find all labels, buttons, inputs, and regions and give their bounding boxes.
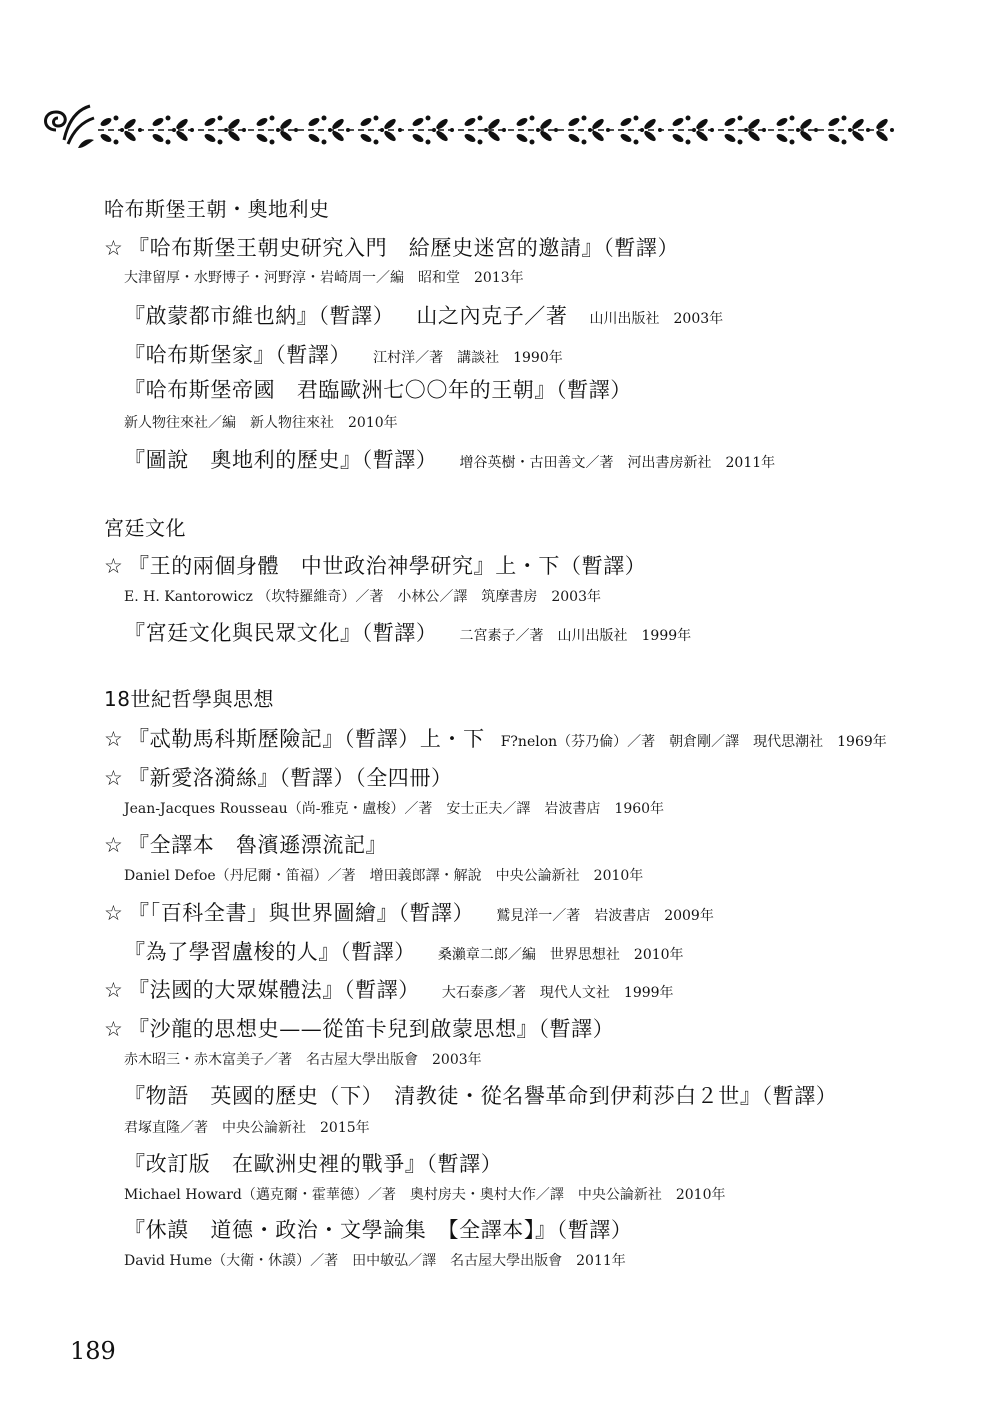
star-icon: ☆ [104,833,128,857]
star-icon: ☆ [104,766,128,790]
page-number: 189 [70,1337,116,1365]
entry-meta: 增谷英樹・古田善文／著 河出書房新社 2011年 [460,455,776,471]
entry-title: ☆『沙龍的思想史——從笛卡兒到啟蒙思想』（暫譯） [104,1013,614,1043]
entry-meta: 江村洋／著 講談社 1990年 [373,350,563,366]
star-icon: ☆ [104,978,128,1002]
star-icon: ☆ [104,1017,128,1041]
entry-meta: 二宮素子／著 山川出版社 1999年 [460,628,692,644]
entry-meta: F?nelon（芬乃倫）／著 朝倉剛／譯 現代思潮社 1969年 [501,734,887,750]
entry-meta: 君塚直隆／著 中央公論新社 2015年 [124,1117,370,1137]
section-heading-court-culture: 宮廷文化 [104,512,186,541]
section-heading-habsburg: 哈布斯堡王朝・奧地利史 [104,193,330,222]
entry-title: ☆『忒勒馬科斯歷險記』（暫譯）上・下F?nelon（芬乃倫）／著 朝倉剛／譯 現… [104,723,887,753]
star-icon: ☆ [104,727,128,751]
entry-title: ☆『王的兩個身體 中世政治神學研究』上・下（暫譯） [104,550,646,580]
entry-meta: 山川出版社 2003年 [590,311,724,327]
entry-meta: 赤木昭三・赤木富美子／著 名古屋大學出版會 2003年 [124,1049,482,1069]
entry-title: 『為了學習盧梭的人』（暫譯）桑瀨章二郎／編 世界思想社 2010年 [124,936,684,966]
entry-title: 『圖說 奧地利的歷史』（暫譯）增谷英樹・古田善文／著 河出書房新社 2011年 [124,444,775,474]
entry-title: 『哈布斯堡家』（暫譯）江村洋／著 講談社 1990年 [124,339,563,369]
entry-meta: 新人物往來社／編 新人物往來社 2010年 [124,412,398,432]
entry-title: 『物語 英國的歷史（下） 清教徒・從名譽革命到伊莉莎白２世』（暫譯） [124,1080,837,1110]
entry-title: ☆『全譯本 魯濱遜漂流記』 [104,829,387,859]
entry-title: ☆『「百科全書」與世界圖繪』（暫譯）鷲見洋一／著 岩波書店 2009年 [104,897,714,927]
star-icon: ☆ [104,554,128,578]
entry-meta: 鷲見洋一／著 岩波書店 2009年 [496,908,714,924]
entry-title: 『休謨 道德・政治・文學論集 【全譯本】』（暫譯） [124,1214,633,1244]
entry-title: 『改訂版 在歐洲史裡的戰爭』（暫譯） [124,1148,502,1178]
entry-meta: Jean-Jacques Rousseau（尚-雅克・盧梭）／著 安士正夫／譯 … [124,798,664,818]
vine-border-icon [38,100,900,160]
star-icon: ☆ [104,901,128,925]
entry-title: 『宮廷文化與民眾文化』（暫譯）二宮素子／著 山川出版社 1999年 [124,617,691,647]
entry-meta: 大石泰彥／著 現代人文社 1999年 [442,985,674,1001]
entry-meta: 桑瀨章二郎／編 世界思想社 2010年 [438,947,684,963]
entry-meta: 大津留厚・水野博子・河野淳・岩崎周一／編 昭和堂 2013年 [124,267,524,287]
entry-title: 『啟蒙都市維也納』（暫譯）山之內克子／著山川出版社 2003年 [124,300,723,330]
star-icon: ☆ [104,236,128,260]
entry-meta: Daniel Defoe（丹尼爾・笛福）／著 增田義郎譯・解說 中央公論新社 2… [124,865,643,885]
entry-title: ☆『哈布斯堡王朝史研究入門 給歷史迷宮的邀請』（暫譯） [104,232,679,262]
entry-title: 『哈布斯堡帝國 君臨歐洲七〇〇年的王朝』（暫譯） [124,374,632,404]
entry-meta: E. H. Kantorowicz （坎特羅維奇）／著 小林公／譯 筑摩書房 2… [124,586,601,606]
section-heading-18th-century: 18世紀哲學與思想 [104,683,274,712]
entry-meta: Michael Howard（邁克爾・霍華德）／著 奧村房夫・奧村大作／譯 中央… [124,1184,725,1204]
entry-title: ☆『新愛洛漪絲』（暫譯）（全四冊） [104,762,453,792]
entry-title: ☆『法國的大眾媒體法』（暫譯）大石泰彥／著 現代人文社 1999年 [104,974,674,1004]
entry-meta: David Hume（大衛・休謨）／著 田中敏弘／譯 名古屋大學出版會 2011… [124,1250,626,1270]
entry-author: 山之內克子／著 [416,304,567,328]
